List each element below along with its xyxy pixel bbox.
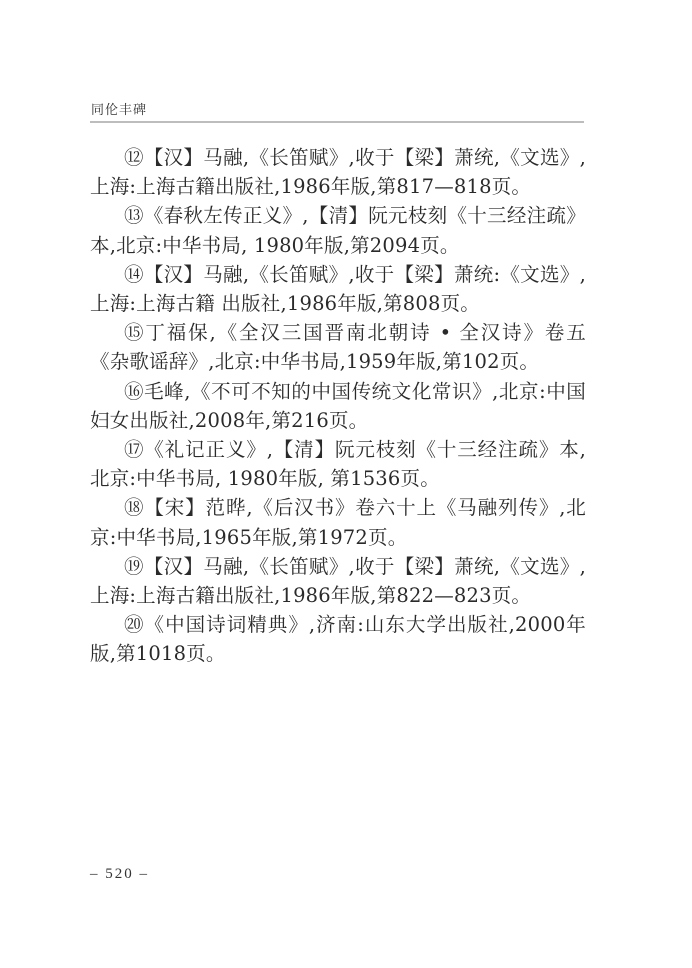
running-head-title: 同伦丰碑 bbox=[91, 99, 147, 118]
note-text: 【宋】范晔,《后汉书》卷六十上《马融列传》,北京:中华书局,1965年版,第19… bbox=[90, 496, 586, 548]
endnote-20: ⑳《中国诗词精典》,济南:山东大学出版社,2000年版,第1018页。 bbox=[90, 610, 586, 668]
endnote-13: ⑬《春秋左传正义》,【清】阮元枝刻《十三经注疏》本,北京:中华书局, 1980年… bbox=[90, 201, 586, 259]
note-text: 丁福保,《全汉三国晋南北朝诗 • 全汉诗》卷五《杂歌谣辞》,北京:中华书局,19… bbox=[90, 321, 586, 373]
note-marker: ⑭ bbox=[124, 263, 144, 286]
note-marker: ⑮ bbox=[124, 321, 145, 344]
endnote-15: ⑮丁福保,《全汉三国晋南北朝诗 • 全汉诗》卷五《杂歌谣辞》,北京:中华书局,1… bbox=[90, 318, 586, 376]
endnote-17: ⑰《礼记正义》,【清】阮元枝刻《十三经注疏》本,北京:中华书局, 1980年版,… bbox=[90, 435, 586, 493]
endnote-19: ⑲【汉】马融,《长笛赋》,收于【梁】萧统,《文选》,上海:上海古籍出版社,198… bbox=[90, 552, 586, 610]
endnote-14: ⑭【汉】马融,《长笛赋》,收于【梁】萧统:《文选》,上海:上海古籍 出版社,19… bbox=[90, 260, 586, 318]
note-text: 毛峰,《不可不知的中国传统文化常识》,北京:中国妇女出版社,2008年,第216… bbox=[90, 380, 586, 432]
endnote-18: ⑱【宋】范晔,《后汉书》卷六十上《马融列传》,北京:中华书局,1965年版,第1… bbox=[90, 493, 586, 551]
note-marker: ⑱ bbox=[124, 496, 144, 519]
page-number: – 520 – bbox=[90, 866, 149, 883]
note-text: 【汉】马融,《长笛赋》,收于【梁】萧统:《文选》,上海:上海古籍 出版社,198… bbox=[90, 263, 586, 315]
note-marker: ⑰ bbox=[124, 438, 144, 461]
endnote-16: ⑯毛峰,《不可不知的中国传统文化常识》,北京:中国妇女出版社,2008年,第21… bbox=[90, 377, 586, 435]
book-page: 同伦丰碑 ⑫【汉】马融,《长笛赋》,收于【梁】萧统,《文选》,上海:上海古籍出版… bbox=[0, 0, 692, 968]
note-marker: ⑫ bbox=[124, 146, 144, 169]
note-marker: ⑲ bbox=[124, 555, 144, 578]
note-text: 《春秋左传正义》,【清】阮元枝刻《十三经注疏》本,北京:中华书局, 1980年版… bbox=[90, 204, 586, 256]
note-marker: ⑬ bbox=[124, 204, 144, 227]
note-text: 【汉】马融,《长笛赋》,收于【梁】萧统,《文选》,上海:上海古籍出版社,1986… bbox=[90, 146, 586, 198]
note-marker: ⑳ bbox=[124, 613, 145, 636]
note-text: 《中国诗词精典》,济南:山东大学出版社,2000年版,第1018页。 bbox=[90, 613, 586, 665]
header-rule bbox=[90, 121, 584, 123]
endnotes-list: ⑫【汉】马融,《长笛赋》,收于【梁】萧统,《文选》,上海:上海古籍出版社,198… bbox=[90, 143, 586, 669]
note-text: 《礼记正义》,【清】阮元枝刻《十三经注疏》本,北京:中华书局, 1980年版, … bbox=[90, 438, 586, 490]
endnote-12: ⑫【汉】马融,《长笛赋》,收于【梁】萧统,《文选》,上海:上海古籍出版社,198… bbox=[90, 143, 586, 201]
note-text: 【汉】马融,《长笛赋》,收于【梁】萧统,《文选》,上海:上海古籍出版社,1986… bbox=[90, 555, 586, 607]
note-marker: ⑯ bbox=[124, 380, 144, 403]
